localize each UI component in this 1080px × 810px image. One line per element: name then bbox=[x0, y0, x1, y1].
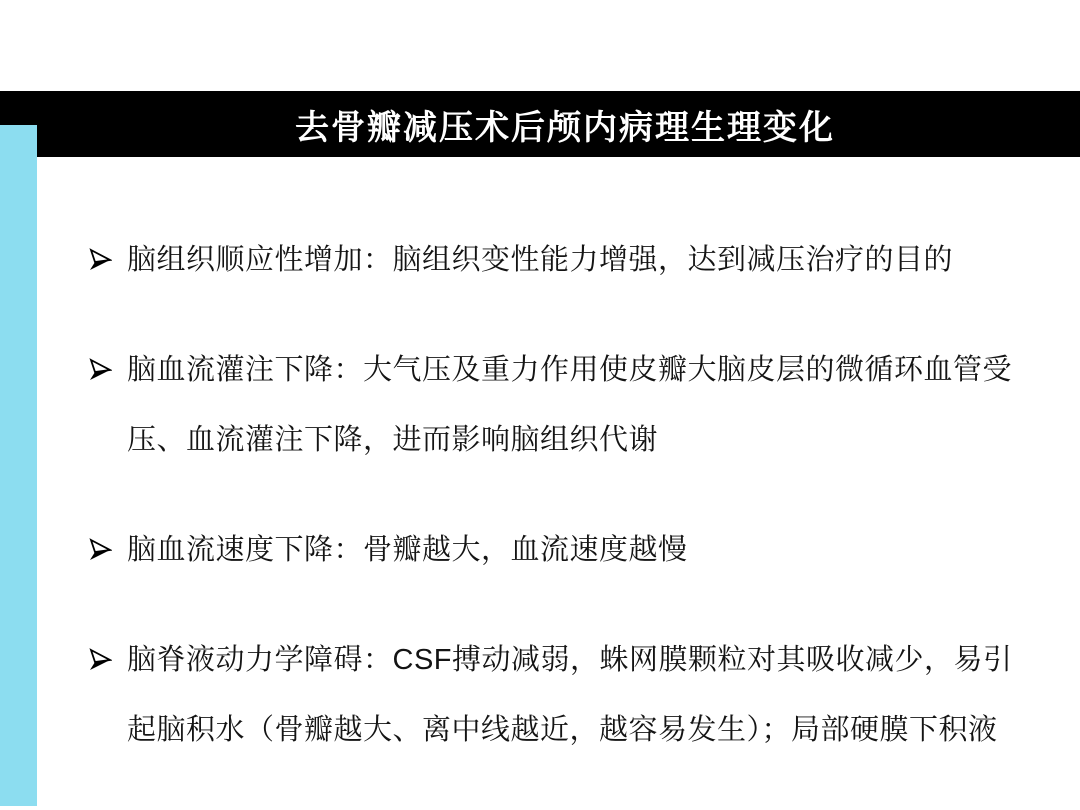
arrowhead-bullet-icon bbox=[88, 648, 112, 672]
bullet-text: 脑组织顺应性增加：脑组织变性能力增强，达到减压治疗的目的 bbox=[127, 244, 953, 276]
arrowhead-bullet-icon bbox=[88, 248, 112, 272]
bullet-item: 脑组织顺应性增加：脑组织变性能力增强，达到减压治疗的目的 bbox=[88, 225, 1038, 295]
bullet-item: 脑血流速度下降：骨瓣越大，血流速度越慢 bbox=[88, 515, 1038, 585]
slide-body: 脑组织顺应性增加：脑组织变性能力增强，达到减压治疗的目的 脑血流灌注下降：大气压… bbox=[88, 225, 1038, 765]
bullet-text: 脑血流速度下降：骨瓣越大，血流速度越慢 bbox=[127, 534, 688, 566]
bullet-item: 脑血流灌注下降：大气压及重力作用使皮瓣大脑皮层的微循环血管受压、血流灌注下降，进… bbox=[88, 335, 1038, 475]
slide-title-bar: 去骨瓣减压术后颅内病理生理变化 bbox=[0, 91, 1080, 157]
left-accent-bar bbox=[0, 125, 37, 806]
bullet-text: 脑血流灌注下降：大气压及重力作用使皮瓣大脑皮层的微循环血管受压、血流灌注下降，进… bbox=[127, 354, 1012, 456]
bullet-item: 脑脊液动力学障碍：CSF搏动减弱，蛛网膜颗粒对其吸收减少，易引起脑积水（骨瓣越大… bbox=[88, 625, 1038, 765]
bullet-text: 脑脊液动力学障碍：CSF搏动减弱，蛛网膜颗粒对其吸收减少，易引起脑积水（骨瓣越大… bbox=[127, 644, 1013, 746]
arrowhead-bullet-icon bbox=[88, 358, 112, 382]
arrowhead-bullet-icon bbox=[88, 538, 112, 562]
slide-title: 去骨瓣减压术后颅内病理生理变化 bbox=[245, 100, 835, 149]
presentation-slide: 去骨瓣减压术后颅内病理生理变化 脑组织顺应性增加：脑组织变性能力增强，达到减压治… bbox=[0, 0, 1080, 810]
